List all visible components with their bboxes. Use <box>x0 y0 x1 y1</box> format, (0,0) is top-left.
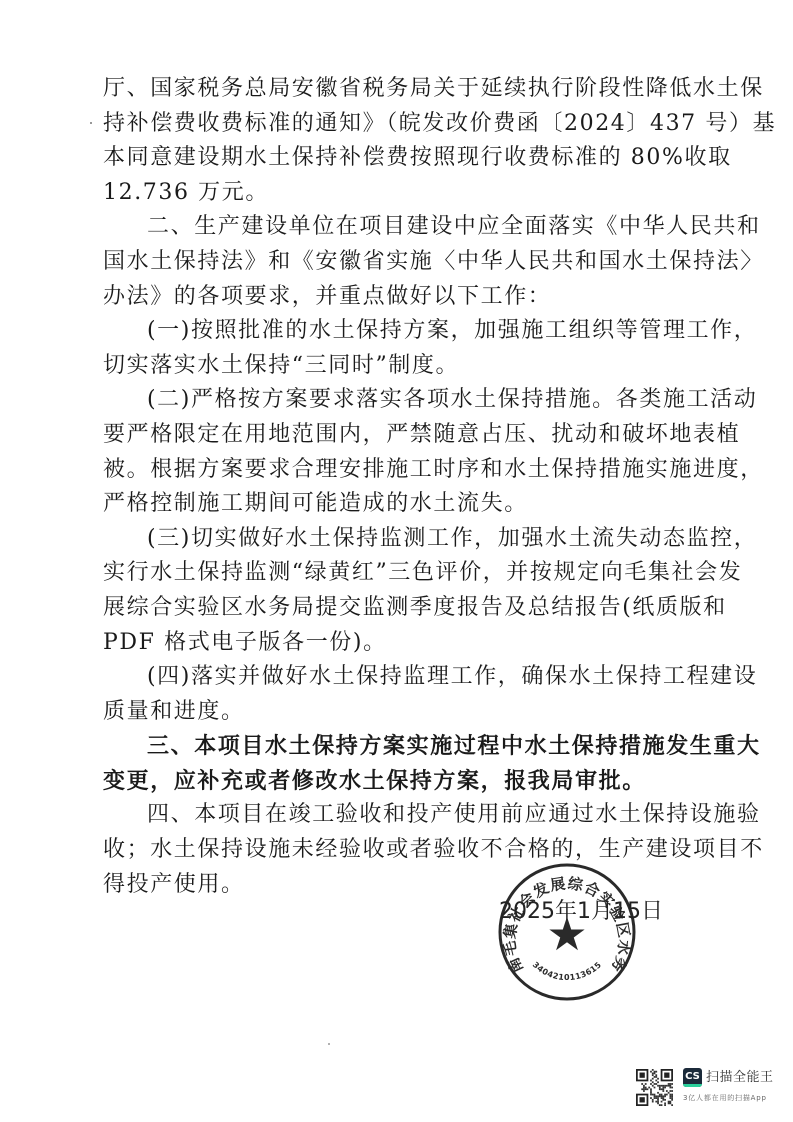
text-line: 质量和进度。 <box>103 695 665 730</box>
app-name: 扫描全能王 <box>706 1068 774 1087</box>
text-line: PDF 格式电子版各一份)。 <box>103 626 665 661</box>
text-line: 切实落实水土保持“三同时”制度。 <box>103 349 665 384</box>
text-line: 厅、国家税务总局安徽省税务局关于延续执行阶段性降低水土保 <box>103 72 665 107</box>
text-line: 本同意建设期水土保持补偿费按照现行收费标准的 80%收取 <box>103 141 665 176</box>
text-line: (三)切实做好水土保持监测工作，加强水土流失动态监控， <box>103 522 665 557</box>
text-line: 展综合实验区水务局提交监测季度报告及总结报告(纸质版和 <box>103 591 665 626</box>
text-line: 变更，应补充或者修改水土保持方案，报我局审批。 <box>103 764 665 799</box>
document-body: 厅、国家税务总局安徽省税务局关于延续执行阶段性降低水土保持补偿费收费标准的通知》… <box>103 72 665 902</box>
qr-code-icon <box>636 1069 673 1106</box>
text-line: 要严格限定在用地范围内，严禁随意占压、扰动和破坏地表植 <box>103 418 665 453</box>
camscanner-watermark: CS 扫描全能王 3亿人都在用的扫描App <box>632 1065 793 1115</box>
app-tagline: 3亿人都在用的扫描App <box>683 1093 767 1103</box>
seal-icon: 淮南毛集社会发展综合实验区水务局 ★ 3404210113615 <box>497 862 637 1002</box>
camscanner-logo-icon: CS <box>683 1068 702 1087</box>
text-line: 国水土保持法》和《安徽省实施〈中华人民共和国水土保持法〉 <box>103 245 665 280</box>
text-line: 持补偿费收费标准的通知》（皖发改价费函〔2024〕437 号）基 <box>103 107 665 142</box>
text-line: 二、生产建设单位在项目建设中应全面落实《中华人民共和 <box>103 210 665 245</box>
text-line: (一)按照批准的水土保持方案，加强施工组织等管理工作， <box>103 314 665 349</box>
official-seal: 淮南毛集社会发展综合实验区水务局 ★ 3404210113615 <box>497 862 637 1002</box>
document-page: 厅、国家税务总局安徽省税务局关于延续执行阶段性降低水土保持补偿费收费标准的通知》… <box>0 0 793 1122</box>
text-line: 严格控制施工期间可能造成的水土流失。 <box>103 487 665 522</box>
seal-code: 3404210113615 <box>531 960 603 982</box>
text-line: (二)严格按方案要求落实各项水土保持措施。各类施工活动 <box>103 383 665 418</box>
text-line: 三、本项目水土保持方案实施过程中水土保持措施发生重大 <box>103 729 665 764</box>
scan-speck <box>90 122 92 124</box>
scan-speck <box>328 1043 330 1045</box>
text-line: 12.736 万元。 <box>103 176 665 211</box>
text-line: 四、本项目在竣工验收和投产使用前应通过水土保持设施验 <box>103 798 665 833</box>
text-line: 实行水土保持监测“绿黄红”三色评价，并按规定向毛集社会发 <box>103 556 665 591</box>
text-line: 被。根据方案要求合理安排施工时序和水土保持措施实施进度， <box>103 453 665 488</box>
text-line: (四)落实并做好水土保持监理工作，确保水土保持工程建设 <box>103 660 665 695</box>
svg-text:3404210113615: 3404210113615 <box>531 960 603 982</box>
issue-date: 2025年1月15日 <box>499 894 663 925</box>
text-line: 办法》的各项要求，并重点做好以下工作： <box>103 280 665 315</box>
